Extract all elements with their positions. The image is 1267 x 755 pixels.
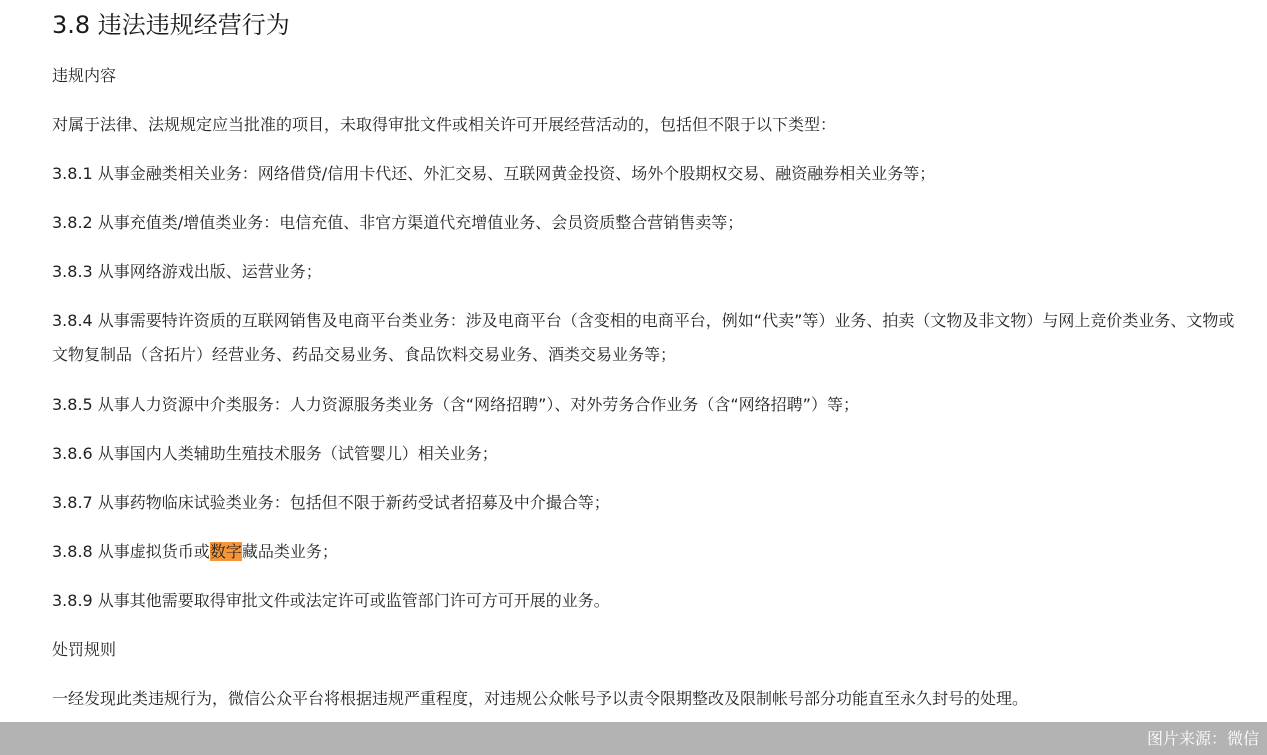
intro-paragraph: 对属于法律、法规规定应当批准的项目，未取得审批文件或相关许可开展经营活动的，包括…	[52, 108, 836, 142]
list-item-3-8-6: 3.8.6 从事国内人类辅助生殖技术服务（试管婴儿）相关业务；	[52, 437, 498, 471]
highlighted-keyword: 数字	[210, 542, 242, 561]
list-item-3-8-4: 3.8.4 从事需要特许资质的互联网销售及电商平台类业务：涉及电商平台（含变相的…	[52, 304, 1237, 372]
item-text-before: 3.8.8 从事虚拟货币或	[52, 542, 210, 561]
penalty-rules-label: 处罚规则	[52, 633, 116, 667]
image-source-credit: 图片来源：微信	[1147, 722, 1259, 755]
list-item-3-8-2: 3.8.2 从事充值类/增值类业务：电信充值、非官方渠道代充增值业务、会员资质整…	[52, 206, 743, 240]
section-title: 3.8 违法违规经营行为	[52, 8, 290, 42]
item-text-after: 藏品类业务；	[242, 542, 338, 561]
list-item-3-8-5: 3.8.5 从事人力资源中介类服务：人力资源服务类业务（含“网络招聘”）、对外劳…	[52, 388, 859, 422]
violation-content-label: 违规内容	[52, 59, 116, 93]
image-credit-bar: 图片来源：微信	[0, 722, 1267, 755]
list-item-3-8-3: 3.8.3 从事网络游戏出版、运营业务；	[52, 255, 322, 289]
list-item-3-8-7: 3.8.7 从事药物临床试验类业务：包括但不限于新药受试者招募及中介撮合等；	[52, 486, 610, 520]
list-item-3-8-1: 3.8.1 从事金融类相关业务：网络借贷/信用卡代还、外汇交易、互联网黄金投资、…	[52, 157, 935, 191]
list-item-3-8-9: 3.8.9 从事其他需要取得审批文件或法定许可或监管部门许可方可开展的业务。	[52, 584, 610, 618]
list-item-3-8-8: 3.8.8 从事虚拟货币或数字藏品类业务；	[52, 535, 338, 569]
penalty-paragraph: 一经发现此类违规行为，微信公众平台将根据违规严重程度，对违规公众帐号予以责令限期…	[52, 682, 1028, 716]
